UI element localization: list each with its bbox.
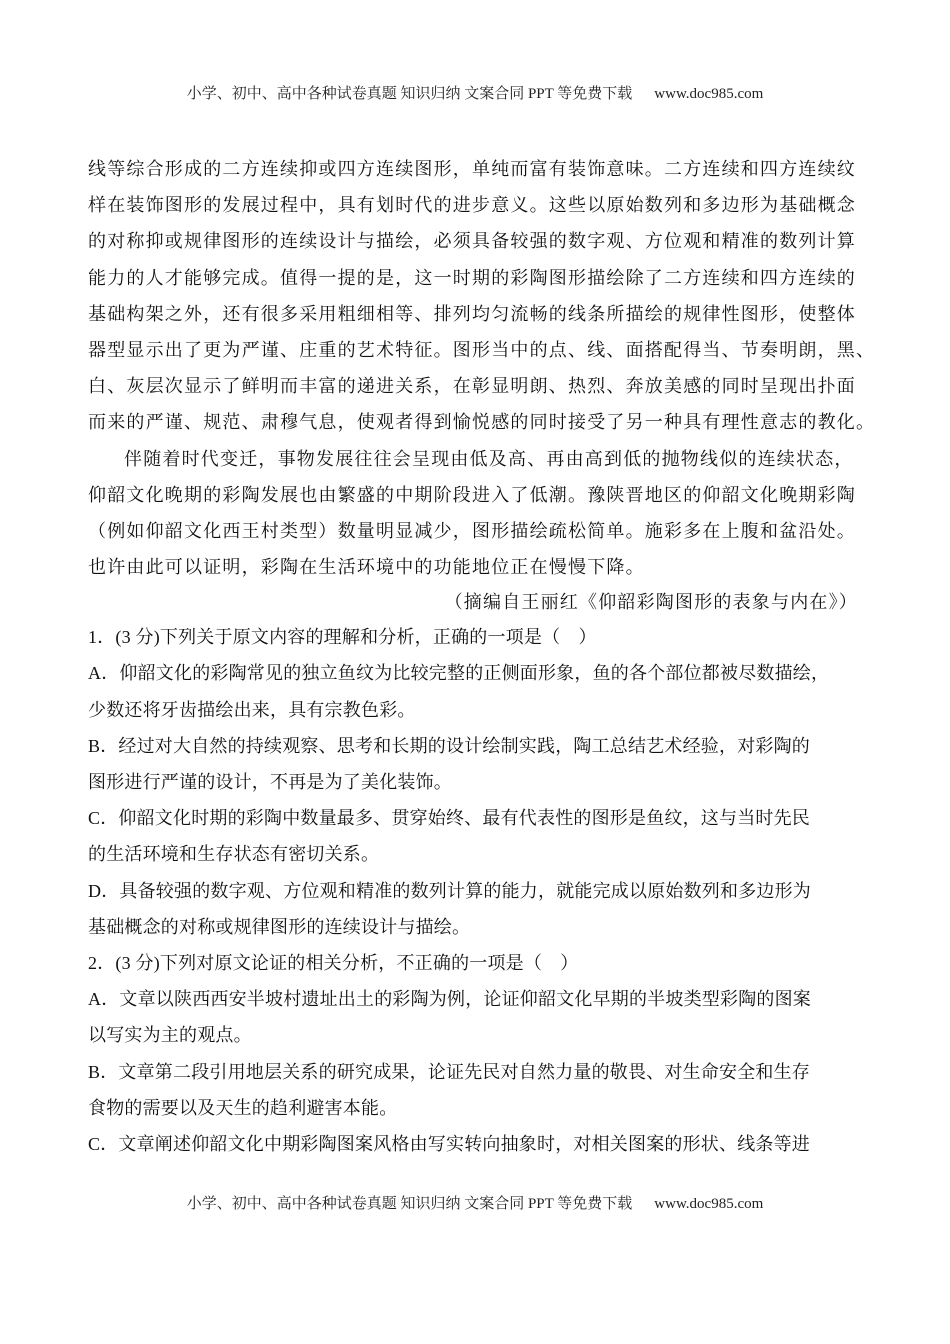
option-text: 食物的需要以及天生的趋利避害本能。 — [88, 1090, 864, 1126]
footer-url[interactable]: www.doc985.com — [654, 1196, 763, 1212]
option-text: C．文章阐述仰韶文化中期彩陶图案风格由写实转向抽象时，对相关图案的形状、线条等进 — [88, 1126, 864, 1162]
option-text: 基础概念的对称或规律图形的连续设计与描绘。 — [88, 909, 864, 945]
page-header: 小学、初中、高中各种试卷真题 知识归纳 文案合同 PPT 等免费下载www.do… — [0, 82, 950, 103]
text-line: 白、灰层次显示了鲜明而丰富的递进关系，在彰显明朗、热烈、奔放美感的同时呈现出扑面 — [88, 369, 864, 405]
text-line: 也许由此可以证明，彩陶在生活环境中的功能地位正在慢慢下降。 — [88, 550, 864, 586]
option-a[interactable]: A．文章以陕西西安半坡村遗址出土的彩陶为例，论证仰韶文化早期的半坡类型彩陶的图案… — [88, 981, 864, 1053]
text-line: 而来的严谨、规范、肃穆气息，使观者得到愉悦感的同时接受了另一种具有理性意志的教化… — [88, 405, 864, 441]
question-2: 2．(3 分)下列对原文论证的相关分析，不正确的一项是（ ） A．文章以陕西西安… — [88, 945, 864, 1162]
text-line: 器型显示出了更为严谨、庄重的艺术特征。图形当中的点、线、面搭配得当、节奏明朗，黑… — [88, 333, 864, 369]
option-text: B．文章第二段引用地层关系的研究成果，论证先民对自然力量的敬畏、对生命安全和生存 — [88, 1054, 864, 1090]
question-stem: 2．(3 分)下列对原文论证的相关分析，不正确的一项是（ ） — [88, 945, 864, 981]
header-url[interactable]: www.doc985.com — [654, 86, 763, 102]
text-line: 样在装饰图形的发展过程中，具有划时代的进步意义。这些以原始数列和多边形为基础概念 — [88, 188, 864, 224]
option-text: A．仰韶文化的彩陶常见的独立鱼纹为比较完整的正侧面形象，鱼的各个部位都被尽数描绘… — [88, 655, 864, 691]
text-line: 基础构架之外，还有很多采用粗细相等、排列均匀流畅的线条所描绘的规律性图形，使整体 — [88, 297, 864, 333]
option-d[interactable]: D．具备较强的数字观、方位观和精准的数列计算的能力，就能完成以原始数列和多边形为… — [88, 873, 864, 945]
footer-text: 小学、初中、高中各种试卷真题 知识归纳 文案合同 PPT 等免费下载 — [187, 1196, 633, 1212]
option-c[interactable]: C．仰韶文化时期的彩陶中数量最多、贯穿始终、最有代表性的图形是鱼纹，这与当时先民… — [88, 800, 864, 872]
text-line: 的对称抑或规律图形的连续设计与描绘，必须具备较强的数字观、方位观和精准的数列计算 — [88, 224, 864, 260]
text-line: （例如仰韶文化西王村类型）数量明显减少，图形描绘疏松简单。施彩多在上腹和盆沿处。 — [88, 514, 864, 550]
text-line: 线等综合形成的二方连续抑或四方连续图形，单纯而富有装饰意味。二方连续和四方连续纹 — [88, 152, 864, 188]
option-text: C．仰韶文化时期的彩陶中数量最多、贯穿始终、最有代表性的图形是鱼纹，这与当时先民 — [88, 800, 864, 836]
document-body: 线等综合形成的二方连续抑或四方连续图形，单纯而富有装饰意味。二方连续和四方连续纹… — [88, 152, 864, 1162]
option-b[interactable]: B．文章第二段引用地层关系的研究成果，论证先民对自然力量的敬畏、对生命安全和生存… — [88, 1054, 864, 1126]
passage-paragraph-1: 线等综合形成的二方连续抑或四方连续图形，单纯而富有装饰意味。二方连续和四方连续纹… — [88, 152, 864, 442]
header-text: 小学、初中、高中各种试卷真题 知识归纳 文案合同 PPT 等免费下载 — [187, 86, 633, 102]
option-text: 少数还将牙齿描绘出来，具有宗教色彩。 — [88, 692, 864, 728]
passage-paragraph-2: 伴随着时代变迁，事物发展往往会呈现由低及高、再由高到低的抛物线似的连续状态， 仰… — [88, 442, 864, 587]
question-stem: 1．(3 分)下列关于原文内容的理解和分析，正确的一项是（ ） — [88, 619, 864, 655]
option-text: 以写实为主的观点。 — [88, 1017, 864, 1053]
option-b[interactable]: B．经过对大自然的持续观察、思考和长期的设计绘制实践，陶工总结艺术经验，对彩陶的… — [88, 728, 864, 800]
text-line: 仰韶文化晚期的彩陶发展也由繁盛的中期阶段进入了低潮。豫陕晋地区的仰韶文化晚期彩陶 — [88, 478, 864, 514]
text-line: 伴随着时代变迁，事物发展往往会呈现由低及高、再由高到低的抛物线似的连续状态， — [88, 442, 864, 478]
option-c[interactable]: C．文章阐述仰韶文化中期彩陶图案风格由写实转向抽象时，对相关图案的形状、线条等进 — [88, 1126, 864, 1162]
option-a[interactable]: A．仰韶文化的彩陶常见的独立鱼纹为比较完整的正侧面形象，鱼的各个部位都被尽数描绘… — [88, 655, 864, 727]
text-line: 能力的人才能够完成。值得一提的是，这一时期的彩陶图形描绘除了二方连续和四方连续的 — [88, 261, 864, 297]
option-text: 图形进行严谨的设计，不再是为了美化装饰。 — [88, 764, 864, 800]
option-text: D．具备较强的数字观、方位观和精准的数列计算的能力，就能完成以原始数列和多边形为 — [88, 873, 864, 909]
question-1: 1．(3 分)下列关于原文内容的理解和分析，正确的一项是（ ） A．仰韶文化的彩… — [88, 619, 864, 945]
option-text: B．经过对大自然的持续观察、思考和长期的设计绘制实践，陶工总结艺术经验，对彩陶的 — [88, 728, 864, 764]
passage-source: （摘编自王丽红《仰韶彩陶图形的表象与内在》） — [88, 586, 864, 619]
option-text: 的生活环境和生存状态有密切关系。 — [88, 836, 864, 872]
option-text: A．文章以陕西西安半坡村遗址出土的彩陶为例，论证仰韶文化早期的半坡类型彩陶的图案 — [88, 981, 864, 1017]
page-footer: 小学、初中、高中各种试卷真题 知识归纳 文案合同 PPT 等免费下载www.do… — [0, 1192, 950, 1213]
